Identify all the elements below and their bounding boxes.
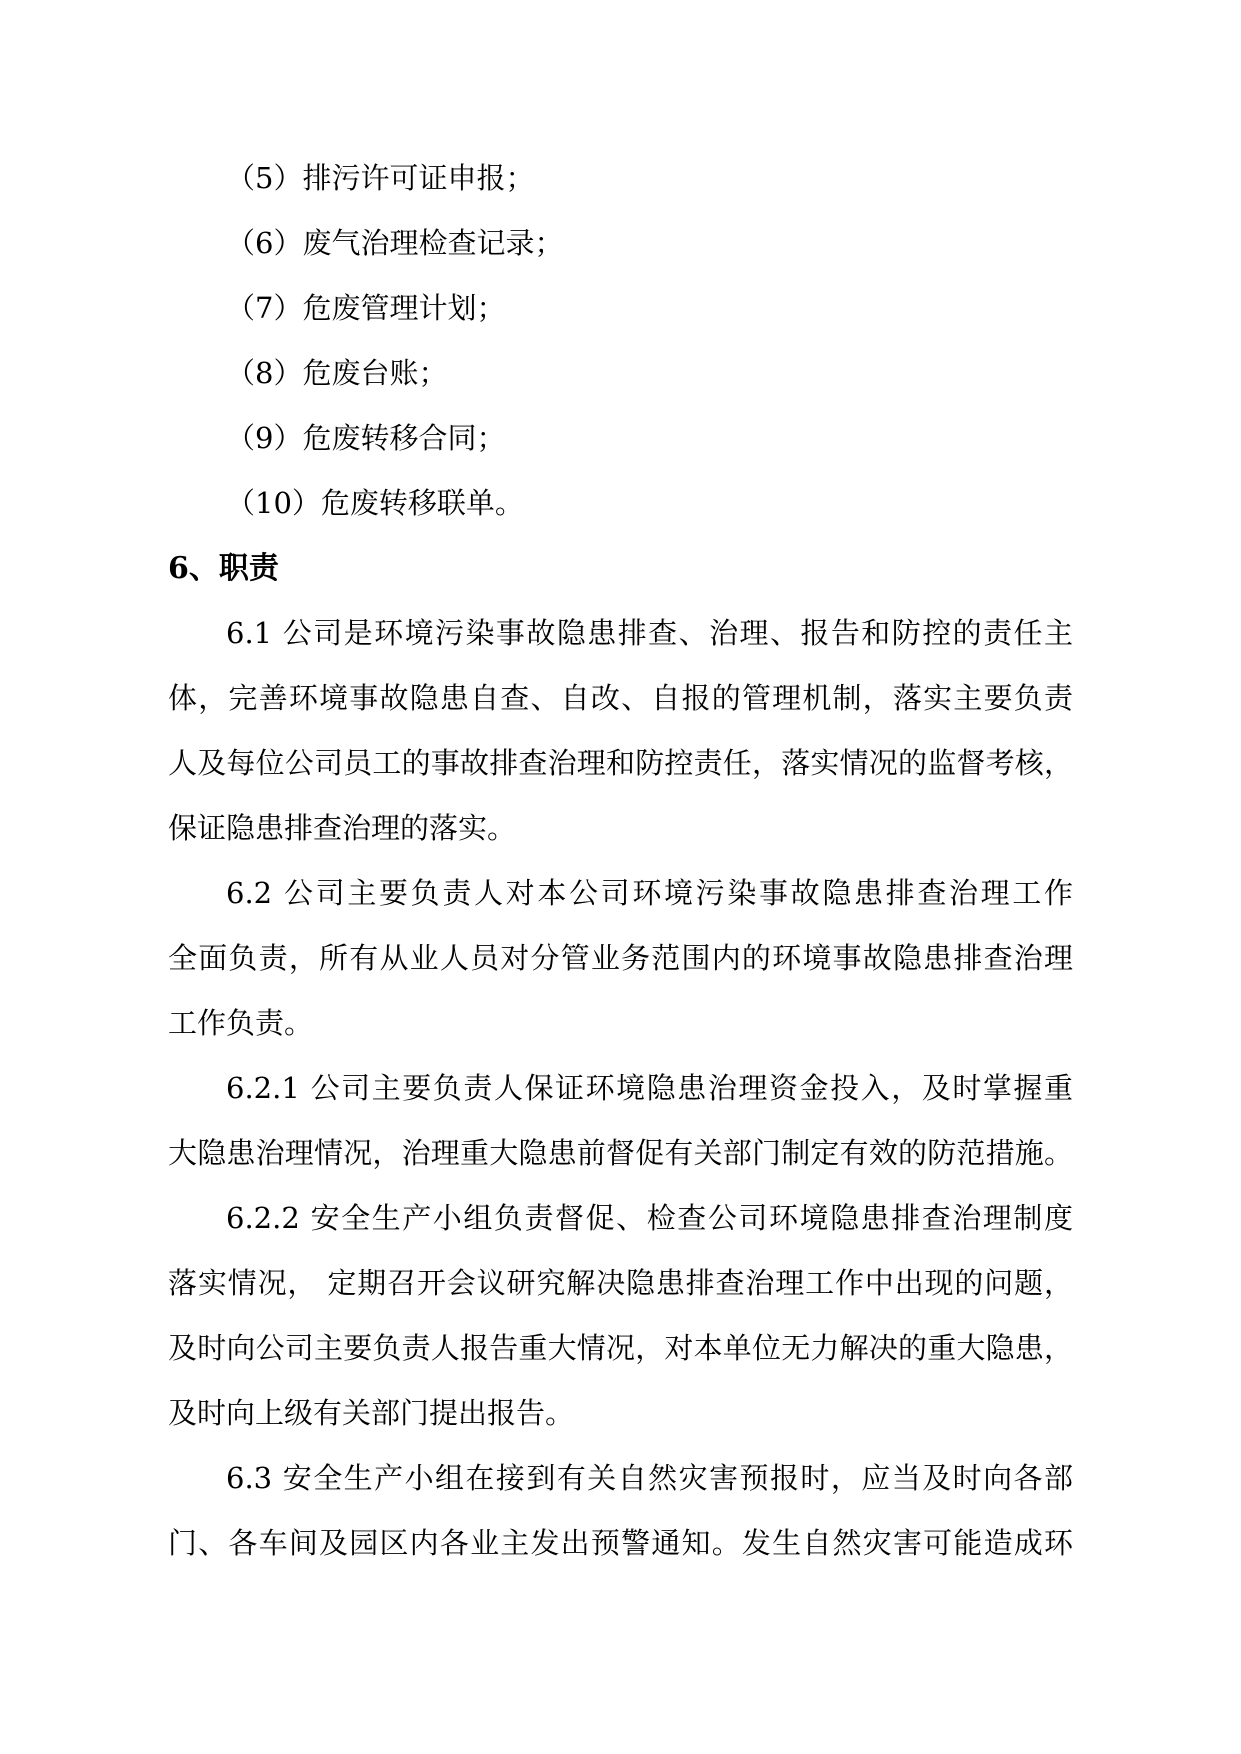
list-item-7: （7）危废管理计划；	[168, 276, 1073, 341]
paragraph-6-2-line: 6.2 公司主要负责人对本公司环境污染事故隐患排查治理工作	[168, 861, 1073, 926]
paragraph-6-1-line: 6.1 公司是环境污染事故隐患排查、治理、报告和防控的责任主	[168, 601, 1073, 666]
list-item-8: （8）危废台账；	[168, 341, 1073, 406]
paragraph-6-2-2-line: 及时向上级有关部门提出报告。	[168, 1381, 1073, 1446]
paragraph-6-1-line: 人及每位公司员工的事故排查治理和防控责任，落实情况的监督考核，	[168, 731, 1073, 796]
list-item-5: （5）排污许可证申报；	[168, 146, 1073, 211]
document-page: （5）排污许可证申报； （6）废气治理检查记录； （7）危废管理计划； （8）危…	[0, 0, 1241, 1754]
paragraph-6-2-2-line: 落实情况， 定期召开会议研究解决隐患排查治理工作中出现的问题，	[168, 1251, 1073, 1316]
paragraph-6-2-1-line: 6.2.1 公司主要负责人保证环境隐患治理资金投入，及时掌握重	[168, 1056, 1073, 1121]
paragraph-6-3-line: 门、各车间及园区内各业主发出预警通知。发生自然灾害可能造成环	[168, 1511, 1073, 1576]
paragraph-6-2-line: 全面负责，所有从业人员对分管业务范围内的环境事故隐患排查治理	[168, 926, 1073, 991]
section-heading: 6、职责	[168, 536, 1073, 601]
list-item-10: （10）危废转移联单。	[168, 471, 1073, 536]
paragraph-6-2-1-line: 大隐患治理情况，治理重大隐患前督促有关部门制定有效的防范措施。	[168, 1121, 1073, 1186]
paragraph-6-2-2-line: 6.2.2 安全生产小组负责督促、检查公司环境隐患排查治理制度	[168, 1186, 1073, 1251]
paragraph-6-1-line: 体，完善环境事故隐患自查、自改、自报的管理机制，落实主要负责	[168, 666, 1073, 731]
document-body: （5）排污许可证申报； （6）废气治理检查记录； （7）危废管理计划； （8）危…	[168, 146, 1073, 1576]
paragraph-6-2-line: 工作负责。	[168, 991, 1073, 1056]
paragraph-6-3-line: 6.3 安全生产小组在接到有关自然灾害预报时，应当及时向各部	[168, 1446, 1073, 1511]
paragraph-6-2-2-line: 及时向公司主要负责人报告重大情况，对本单位无力解决的重大隐患，	[168, 1316, 1073, 1381]
list-item-9: （9）危废转移合同；	[168, 406, 1073, 471]
list-item-6: （6）废气治理检查记录；	[168, 211, 1073, 276]
paragraph-6-1-line: 保证隐患排查治理的落实。	[168, 796, 1073, 861]
